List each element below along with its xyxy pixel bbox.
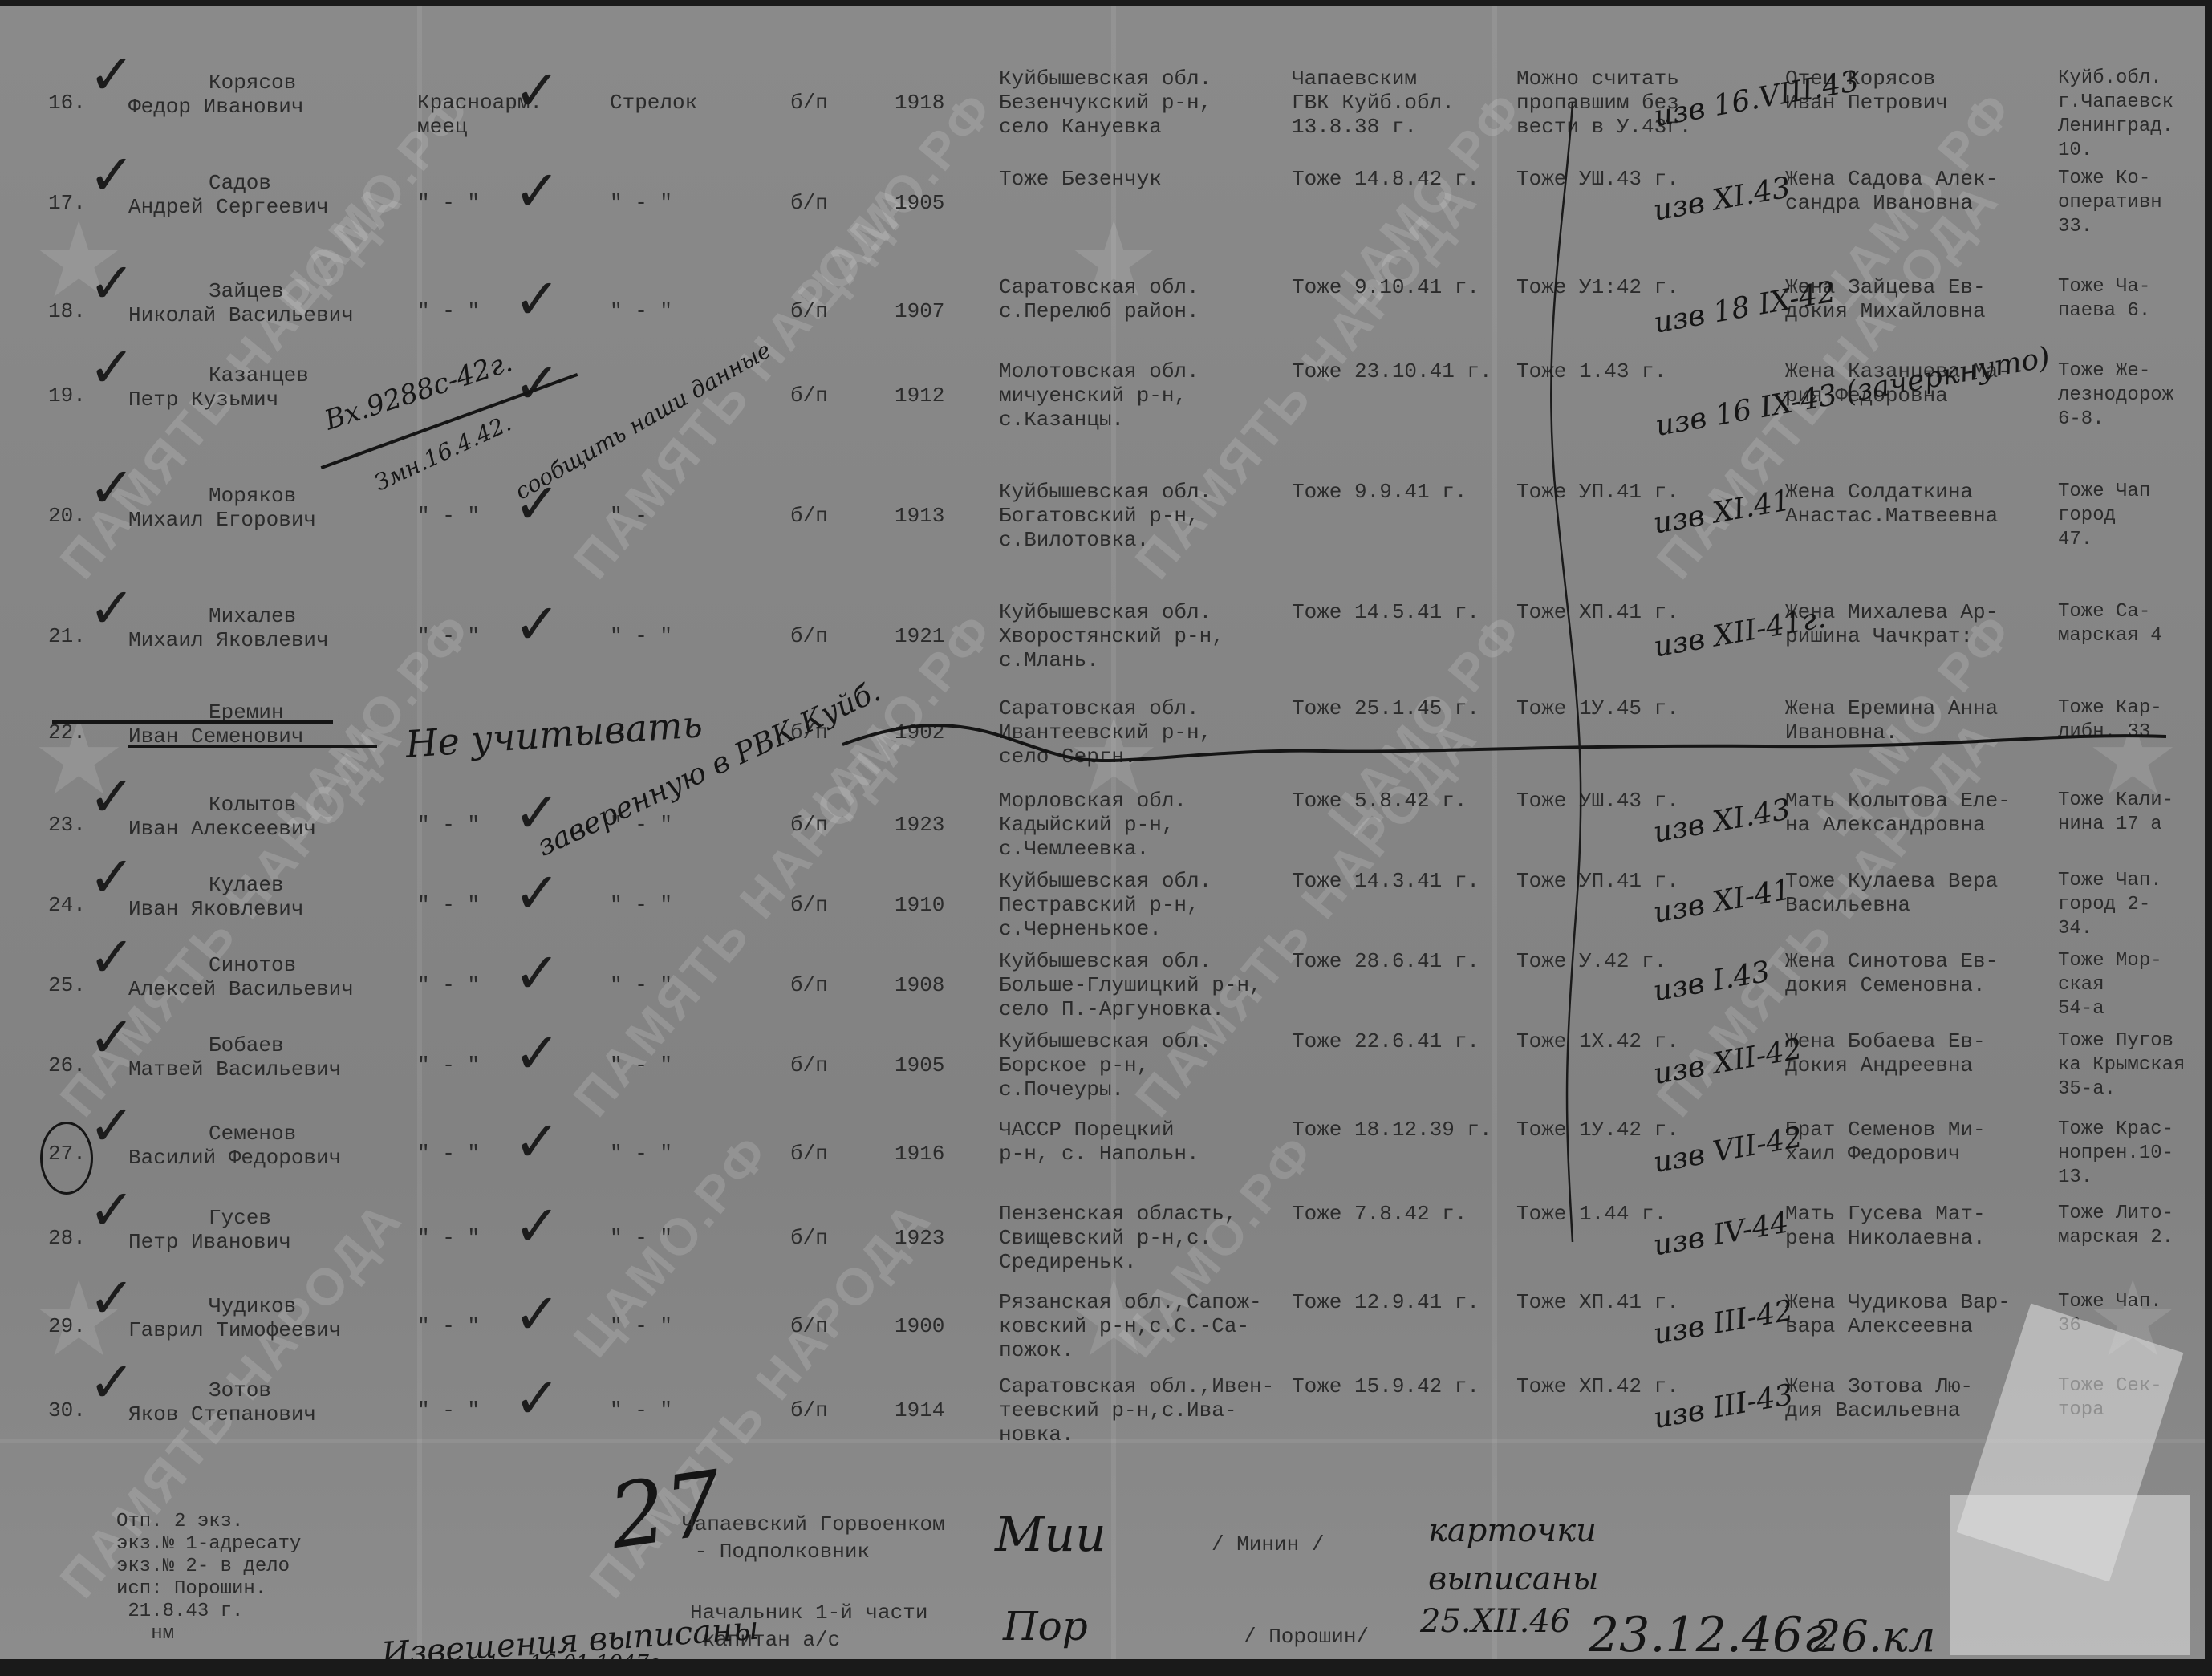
cell-address: Тоже Мор- ская 54-а (2058, 949, 2162, 1021)
cell-position: " - " (610, 973, 672, 997)
cell-num: 29. (48, 1314, 86, 1338)
cell-num: 21. (48, 624, 86, 648)
cell-position: " - " (610, 893, 672, 917)
cell-address: Тоже Же- лезнодорож 6-8. (2058, 359, 2173, 432)
check-mark-icon: ✓ (88, 769, 136, 825)
cell-position: " - " (610, 1053, 672, 1077)
handwritten-note: 26.кл (1813, 1611, 1936, 1659)
cell-surname: Зайцев (128, 279, 354, 303)
cell-fullname: СадовАндрей Сергеевич (128, 171, 329, 219)
cell-num: 25. (48, 973, 86, 997)
table-row: 29." - "" - "б/п1900Рязанская обл.,Сапож… (0, 1298, 2205, 1378)
cell-fullname: ЕреминИван Семенович (128, 700, 303, 749)
commissar-name: / Минин / (1212, 1531, 1324, 1558)
cell-given-name: Яков Степанович (128, 1402, 316, 1426)
cell-address: Тоже Са- марская 4 (2058, 600, 2162, 648)
handwritten-note-cards: карточки выписаны (1428, 1507, 1629, 1603)
cell-surname: Кулаев (128, 873, 303, 897)
check-mark-icon: ✓ (513, 865, 561, 921)
cell-birthplace: Пензенская область, Свищевский р-н,с. Ср… (999, 1202, 1236, 1274)
cell-given-name: Федор Иванович (128, 95, 303, 119)
cell-year: 1916 (895, 1142, 944, 1166)
cell-draft: Тоже 5.8.42 г. (1292, 789, 1467, 813)
cell-relative: Жена Бобаева Ев- докия Андреевна (1785, 1029, 1986, 1077)
cell-address: Тоже Чап город 47. (2058, 480, 2150, 552)
cell-fullname: КулаевИван Яковлевич (128, 873, 303, 921)
cell-relative: Жена Синотова Ев- докия Семеновна. (1785, 949, 1998, 997)
cell-year: 1914 (895, 1398, 944, 1422)
cell-party: б/п (790, 973, 828, 997)
cell-birthplace: Куйбышевская обл. Пестравский р-н, с.Чер… (999, 869, 1212, 941)
cell-year: 1900 (895, 1314, 944, 1338)
cell-position: " - " (610, 299, 672, 323)
table-row: 17." - "" - "б/п1905Тоже БезенчукТоже 14… (0, 175, 2205, 255)
cell-party: б/п (790, 1314, 828, 1338)
cell-num: 24. (48, 893, 86, 917)
cell-given-name: Николай Васильевич (128, 303, 354, 327)
cell-year: 1921 (895, 624, 944, 648)
cell-fullname: МоряковМихаил Егорович (128, 484, 316, 532)
cell-draft: Тоже 12.9.41 г. (1292, 1290, 1479, 1314)
cell-position: " - " (610, 191, 672, 215)
cell-birthplace: Молотовская обл. мичуенский р-н, с.Казан… (999, 359, 1199, 432)
cell-fullname: ЧудиковГаврил Тимофеевич (128, 1294, 341, 1342)
handwritten-note-cards-date: 25.XII.46 (1420, 1603, 1570, 1640)
cell-fullname: СеменовВасилий Федорович (128, 1122, 341, 1170)
chief-signature: Пор (1003, 1603, 1088, 1650)
cell-surname: Казанцев (128, 363, 309, 388)
cell-year: 1923 (895, 813, 944, 837)
cell-birthplace: Тоже Безенчук (999, 167, 1162, 191)
cell-fullname: БобаевМатвей Васильевич (128, 1033, 341, 1081)
cell-party: б/п (790, 813, 828, 837)
cell-fullname: МихалевМихаил Яковлевич (128, 604, 329, 652)
check-mark-icon: ✓ (513, 163, 561, 219)
cell-missing: Тоже ХП.42 г. (1516, 1374, 1679, 1398)
table-row: 30." - "" - "б/п1914Саратовская обл.,Иве… (0, 1382, 2205, 1463)
handwritten-notice-mark: изв IV-44 (1651, 1207, 1792, 1263)
cell-rank: " - " (417, 1314, 480, 1338)
cell-year: 1910 (895, 893, 944, 917)
table-row: 20." - "" - б/п1913Куйбышевская обл. Бог… (0, 488, 2205, 568)
cell-rank: " - " (417, 1053, 480, 1077)
check-mark-icon: ✓ (88, 929, 136, 985)
check-mark-icon: ✓ (88, 47, 136, 103)
check-mark-icon: ✓ (88, 1354, 136, 1410)
cell-position: " - (610, 504, 660, 528)
cell-given-name: Иван Яковлевич (128, 897, 303, 921)
cell-fullname: СинотовАлексей Васильевич (128, 953, 354, 1001)
check-mark-icon: ✓ (513, 596, 561, 652)
circle-mark (40, 1122, 93, 1195)
cell-given-name: Петр Иванович (128, 1230, 291, 1254)
cell-num: 17. (48, 191, 86, 215)
check-mark-icon: ✓ (513, 1286, 561, 1342)
check-mark-icon: ✓ (513, 1198, 561, 1254)
cell-draft: Тоже 28.6.41 г. (1292, 949, 1479, 973)
check-mark-icon: ✓ (88, 849, 136, 905)
cell-birthplace: Саратовская обл. с.Перелюб район. (999, 275, 1199, 323)
strike-line (842, 712, 2166, 777)
cell-num: 18. (48, 299, 86, 323)
cell-draft: Тоже 22.6.41 г. (1292, 1029, 1479, 1053)
cell-draft: Чапаевским ГВК Куйб.обл. 13.8.38 г. (1292, 67, 1455, 139)
cell-given-name: Иван Алексеевич (128, 817, 316, 841)
cell-year: 1912 (895, 383, 944, 408)
cell-party: б/п (790, 383, 828, 408)
strike-through (128, 745, 377, 748)
cell-birthplace: Рязанская обл.,Сапож- ковский р-н,с.С.-С… (999, 1290, 1262, 1362)
cell-rank: " - " (417, 1226, 480, 1250)
cell-surname: Моряков (128, 484, 316, 508)
cell-party: б/п (790, 893, 828, 917)
check-mark-icon: ✓ (513, 1370, 561, 1426)
cell-party: б/п (790, 1398, 828, 1422)
commissar-signature: Мии (995, 1507, 1106, 1563)
cell-address: Тоже Ча- паева 6. (2058, 275, 2150, 323)
cell-party: б/п (790, 91, 828, 115)
cell-draft: Тоже 9.10.41 г. (1292, 275, 1479, 299)
cell-address: Тоже Ко- оперативн 33. (2058, 167, 2162, 239)
strike-through (52, 720, 333, 724)
handwritten-notice-mark: изв I.43 (1651, 956, 1773, 1008)
cell-given-name: Андрей Сергеевич (128, 195, 329, 219)
cell-draft: Тоже 23.10.41 г. (1292, 359, 1492, 383)
pen-vertical-line (1540, 103, 1605, 1242)
cell-surname: Семенов (128, 1122, 341, 1146)
cell-address: Тоже Пугов ка Крымская 35-а. (2058, 1029, 2185, 1102)
handwritten-note-date: 16.01.1947г (530, 1651, 660, 1659)
cell-position: Стрелок (610, 91, 697, 115)
cell-relative: Жена Солдаткина Анастас.Матвеевна (1785, 480, 1998, 528)
cell-address: Куйб.обл. г.Чапаевск Ленинград. 10. (2058, 67, 2173, 163)
cell-position: " - " (610, 1226, 672, 1250)
cell-relative: Тоже Кулаева Вера Васильевна (1785, 869, 1998, 917)
check-mark-icon: ✓ (513, 1025, 561, 1081)
cell-rank: " - " (417, 973, 480, 997)
cell-given-name: Михаил Егорович (128, 508, 316, 532)
cell-surname: Гусев (128, 1206, 291, 1230)
cell-rank: " - " (417, 624, 480, 648)
cell-year: 1918 (895, 91, 944, 115)
table-row: 27." - "" - "б/п1916ЧАССР Порецкий р-н, … (0, 1126, 2205, 1206)
cell-draft: Тоже 14.8.42 г. (1292, 167, 1479, 191)
check-mark-icon: ✓ (88, 460, 136, 516)
check-mark-icon: ✓ (88, 255, 136, 311)
cell-draft: Тоже 18.12.39 г. (1292, 1118, 1492, 1142)
cell-draft: Тоже 14.5.41 г. (1292, 600, 1479, 624)
cell-num: 30. (48, 1398, 86, 1422)
cell-year: 1905 (895, 191, 944, 215)
cell-fullname: КазанцевПетр Кузьмич (128, 363, 309, 412)
check-mark-icon: ✓ (513, 271, 561, 327)
check-mark-icon: ✓ (88, 1182, 136, 1238)
cell-surname: Колытов (128, 793, 316, 817)
cell-birthplace: ЧАССР Порецкий р-н, с. Напольн. (999, 1118, 1199, 1166)
cell-relative: Мать Колытова Еле- на Александровна (1785, 789, 2011, 837)
cell-position: " - " (610, 1398, 672, 1422)
cell-given-name: Матвей Васильевич (128, 1057, 341, 1081)
cell-relative: Жена Зотова Лю- дия Васильевна (1785, 1374, 1973, 1422)
cell-party: б/п (790, 624, 828, 648)
cell-party: б/п (790, 191, 828, 215)
cell-relative: Мать Гусева Мат- рена Николаевна. (1785, 1202, 1986, 1250)
cell-relative: Брат Семенов Ми- хаил Федорович (1785, 1118, 1986, 1166)
cell-birthplace: Морловская обл. Кадыйский р-н, с.Чемлеев… (999, 789, 1187, 861)
cell-rank: " - " (417, 504, 480, 528)
cell-party: б/п (790, 1226, 828, 1250)
cell-fullname: ГусевПетр Иванович (128, 1206, 291, 1254)
table-row: 16.Красноарм. меецСтрелокб/п1918Куйбышев… (0, 75, 2205, 155)
check-mark-icon: ✓ (88, 580, 136, 636)
cell-year: 1908 (895, 973, 944, 997)
table-row: 21." - "" - "б/п1921Куйбышевская обл. Хв… (0, 608, 2205, 688)
cell-relative: Жена Садова Алек- сандра Ивановна (1785, 167, 1998, 215)
cell-birthplace: Куйбышевская обл. Хворостянский р-н, с.М… (999, 600, 1224, 672)
cell-draft: Тоже 9.9.41 г. (1292, 480, 1467, 504)
cell-rank: " - " (417, 191, 480, 215)
cell-draft: Тоже 14.3.41 г. (1292, 869, 1479, 893)
cell-num: 20. (48, 504, 86, 528)
chief-name: / Порошин/ (1244, 1623, 1369, 1650)
check-mark-icon: ✓ (513, 945, 561, 1001)
check-mark-icon: ✓ (88, 147, 136, 203)
commissar-title: Чапаевский Горвоенком - Подполковник (682, 1511, 945, 1565)
check-mark-icon: ✓ (513, 63, 561, 119)
cell-surname: Михалев (128, 604, 329, 628)
cell-address: Тоже Кали- нина 17 а (2058, 789, 2173, 837)
check-mark-icon: ✓ (88, 339, 136, 396)
cell-surname: Корясов (128, 71, 303, 95)
table-row: 26." - "" - "б/п1905Куйбышевская обл. Бо… (0, 1037, 2205, 1118)
cell-given-name: Гаврил Тимофеевич (128, 1318, 341, 1342)
cell-given-name: Петр Кузьмич (128, 388, 309, 412)
cell-year: 1907 (895, 299, 944, 323)
cell-birthplace: Саратовская обл.,Ивен- теевский р-н,с.Ив… (999, 1374, 1274, 1447)
cell-fullname: ЗайцевНиколай Васильевич (128, 279, 354, 327)
cell-rank: " - " (417, 813, 480, 837)
cell-given-name: Василий Федорович (128, 1146, 341, 1170)
cell-year: 1905 (895, 1053, 944, 1077)
cell-given-name: Михаил Яковлевич (128, 628, 329, 652)
cell-num: 16. (48, 91, 86, 115)
check-mark-icon: ✓ (88, 1098, 136, 1154)
cell-party: б/п (790, 504, 828, 528)
check-mark-icon: ✓ (88, 1270, 136, 1326)
cell-party: б/п (790, 1142, 828, 1166)
cell-rank: " - " (417, 299, 480, 323)
cell-fullname: КорясовФедор Иванович (128, 71, 303, 119)
cell-draft: Тоже 15.9.42 г. (1292, 1374, 1479, 1398)
handwritten-notice-mark: изв 18 IX-42 (1651, 275, 1838, 339)
cell-rank: " - " (417, 1398, 480, 1422)
table-row: 24." - "" - "б/п1910Куйбышевская обл. Пе… (0, 877, 2205, 957)
cell-surname: Синотов (128, 953, 354, 977)
cell-num: 26. (48, 1053, 86, 1077)
cell-surname: Чудиков (128, 1294, 341, 1318)
cell-draft: Тоже 7.8.42 г. (1292, 1202, 1467, 1226)
document-sheet: ЦАМО.РФ ЦАМО.РФ ЦАМО.РФ ЦАМО.РФ ПАМЯТЬ Н… (0, 6, 2205, 1659)
cell-position: " - " (610, 1142, 672, 1166)
cell-birthplace: Куйбышевская обл. Безенчукский р-н, село… (999, 67, 1212, 139)
cell-num: 23. (48, 813, 86, 837)
cell-address: Тоже Лито- марская 2. (2058, 1202, 2173, 1250)
cell-address: Тоже Крас- нопрен.10- 13. (2058, 1118, 2173, 1190)
cell-fullname: КолытовИван Алексеевич (128, 793, 316, 841)
cell-surname: Бобаев (128, 1033, 341, 1057)
cell-position: " - " (610, 1314, 672, 1338)
cell-party: б/п (790, 1053, 828, 1077)
cell-fullname: ЗотовЯков Степанович (128, 1378, 316, 1426)
cell-birthplace: Куйбышевская обл. Богатовский р-н, с.Вил… (999, 480, 1212, 552)
cell-relative: Жена Чудикова Вар- вара Алексеевна (1785, 1290, 2011, 1338)
table-row: 25." - "" - "б/п1908Куйбышевская обл. Бо… (0, 957, 2205, 1037)
cell-num: 19. (48, 383, 86, 408)
cell-num: 22. (48, 720, 86, 745)
handwritten-date: 23.12.46г (1589, 1607, 1828, 1659)
cell-year: 1923 (895, 1226, 944, 1250)
cell-surname: Садов (128, 171, 329, 195)
check-mark-icon: ✓ (513, 1114, 561, 1170)
cell-position: " - " (610, 624, 672, 648)
cell-given-name: Алексей Васильевич (128, 977, 354, 1001)
table-row: 28." - "" - "б/п1923Пензенская область, … (0, 1210, 2205, 1290)
cell-address: Тоже Чап. город 2- 34. (2058, 869, 2162, 941)
tape-piece (1950, 1495, 2190, 1655)
cell-birthplace: Куйбышевская обл. Больше-Глушицкий р-н, … (999, 949, 1262, 1021)
cell-year: 1913 (895, 504, 944, 528)
copies-note: Отп. 2 экз. экз.№ 1-адресату экз.№ 2- в … (116, 1511, 301, 1646)
cell-missing: Тоже ХП.41 г. (1516, 1290, 1679, 1314)
check-mark-icon: ✓ (88, 1009, 136, 1065)
cell-birthplace: Куйбышевская обл. Борское р-н, с.Почеуры… (999, 1029, 1212, 1102)
table-row: 18." - "" - "б/п1907Саратовская обл. с.П… (0, 283, 2205, 363)
cell-rank: " - " (417, 893, 480, 917)
cell-surname: Зотов (128, 1378, 316, 1402)
cell-party: б/п (790, 299, 828, 323)
cell-num: 28. (48, 1226, 86, 1250)
table-row: 23." - "" - "б/п1923Морловская обл. Кады… (0, 797, 2205, 877)
cell-rank: " - " (417, 1142, 480, 1166)
